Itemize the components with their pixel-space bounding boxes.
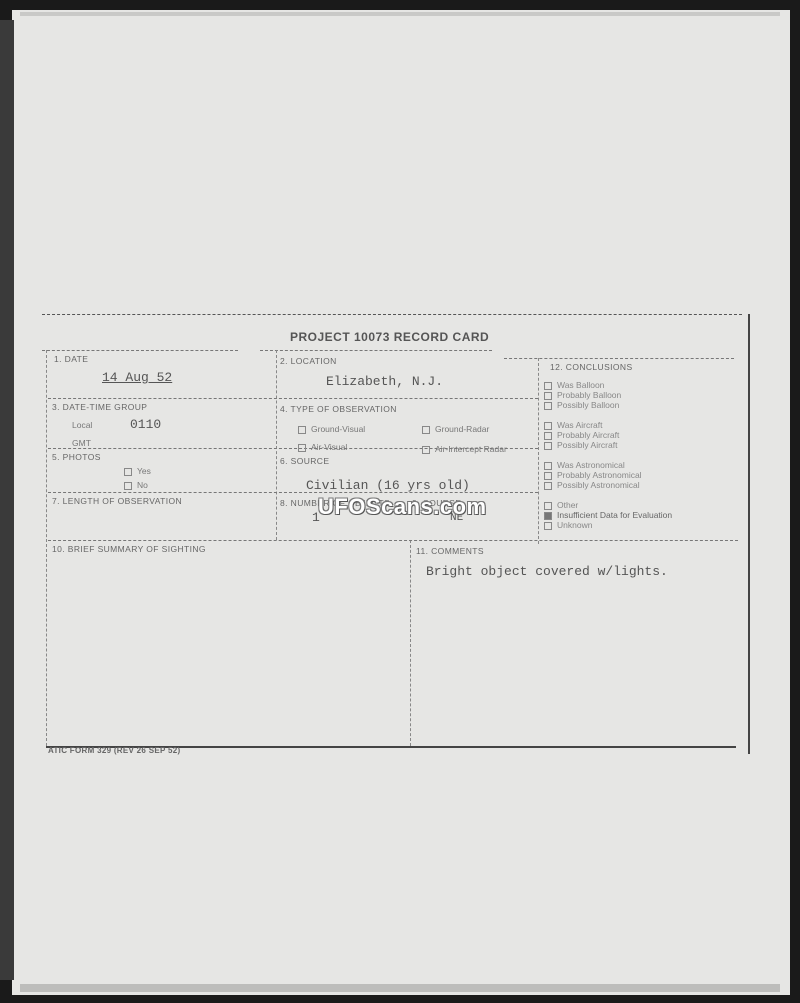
conclusion-option[interactable]: Unknown — [544, 520, 672, 530]
page-shadow — [0, 20, 14, 980]
conclusions-group-aircraft: Was Aircraft Probably Aircraft Possibly … — [544, 420, 619, 450]
comments-value: Bright object covered w/lights. — [426, 564, 668, 579]
conclusion-option[interactable]: Possibly Aircraft — [544, 440, 619, 450]
gmt-label: GMT — [72, 438, 91, 448]
page-edge-bottom — [20, 984, 780, 992]
location-value: Elizabeth, N.J. — [326, 374, 443, 389]
conclusion-option[interactable]: Other — [544, 500, 672, 510]
divider — [48, 540, 738, 541]
checkbox[interactable] — [422, 446, 430, 454]
option-ground-radar[interactable]: Ground-Radar — [422, 424, 489, 434]
option-photos-no[interactable]: No — [124, 480, 148, 490]
conclusion-option-insufficient-data[interactable]: Insufficient Data for Evaluation — [544, 510, 672, 520]
type-of-observation-label: 4. TYPE OF OBSERVATION — [280, 404, 397, 414]
card-top-border — [42, 314, 742, 315]
checkbox[interactable] — [422, 426, 430, 434]
divider-vertical — [538, 358, 539, 544]
option-air-intercept-radar[interactable]: Air-Intercept Radar — [422, 444, 507, 454]
divider — [260, 350, 492, 351]
divider-vertical — [276, 350, 277, 540]
record-card: PROJECT 10073 RECORD CARD 1. DATE 14 Aug… — [42, 314, 754, 766]
card-right-border — [748, 314, 750, 754]
checkbox[interactable] — [298, 444, 306, 452]
checkbox[interactable] — [124, 482, 132, 490]
form-id: ATIC FORM 329 (REV 26 SEP 52) — [48, 746, 180, 755]
checkbox[interactable] — [298, 426, 306, 434]
length-of-observation-label: 7. LENGTH OF OBSERVATION — [52, 496, 182, 506]
divider-vertical — [410, 540, 411, 746]
checkbox[interactable] — [124, 468, 132, 476]
conclusion-option[interactable]: Probably Balloon — [544, 390, 621, 400]
local-time-label: Local — [72, 420, 92, 430]
brief-summary-label: 10. BRIEF SUMMARY OF SIGHTING — [52, 544, 206, 554]
option-photos-yes[interactable]: Yes — [124, 466, 151, 476]
conclusion-option[interactable]: Possibly Astronomical — [544, 480, 642, 490]
page-edge-top — [20, 12, 780, 16]
conclusion-option[interactable]: Was Aircraft — [544, 420, 619, 430]
card-left-border — [46, 350, 47, 746]
comments-label: 11. COMMENTS — [416, 546, 484, 556]
conclusion-option[interactable]: Was Astronomical — [544, 460, 642, 470]
photos-label: 5. PHOTOS — [52, 452, 101, 462]
date-value: 14 Aug 52 — [102, 370, 172, 385]
conclusions-group-astronomical: Was Astronomical Probably Astronomical P… — [544, 460, 642, 490]
divider — [42, 350, 238, 351]
divider — [48, 398, 538, 399]
source-value: Civilian (16 yrs old) — [306, 478, 470, 493]
conclusions-label: 12. CONCLUSIONS — [550, 362, 633, 372]
conclusion-option[interactable]: Possibly Balloon — [544, 400, 621, 410]
option-ground-visual[interactable]: Ground-Visual — [298, 424, 365, 434]
conclusion-option[interactable]: Probably Astronomical — [544, 470, 642, 480]
source-label: 6. SOURCE — [280, 456, 329, 466]
option-air-visual[interactable]: Air-Visual — [298, 442, 347, 452]
card-title: PROJECT 10073 RECORD CARD — [290, 330, 489, 344]
conclusions-group-balloon: Was Balloon Probably Balloon Possibly Ba… — [544, 380, 621, 410]
conclusion-option[interactable]: Probably Aircraft — [544, 430, 619, 440]
conclusions-group-other: Other Insufficient Data for Evaluation U… — [544, 500, 672, 530]
location-label: 2. LOCATION — [280, 356, 337, 366]
date-label: 1. DATE — [54, 354, 88, 364]
date-time-group-label: 3. DATE-TIME GROUP — [52, 402, 147, 412]
local-time-value: 0110 — [130, 417, 161, 432]
conclusion-option[interactable]: Was Balloon — [544, 380, 621, 390]
watermark: UFOScans.com — [318, 494, 487, 520]
